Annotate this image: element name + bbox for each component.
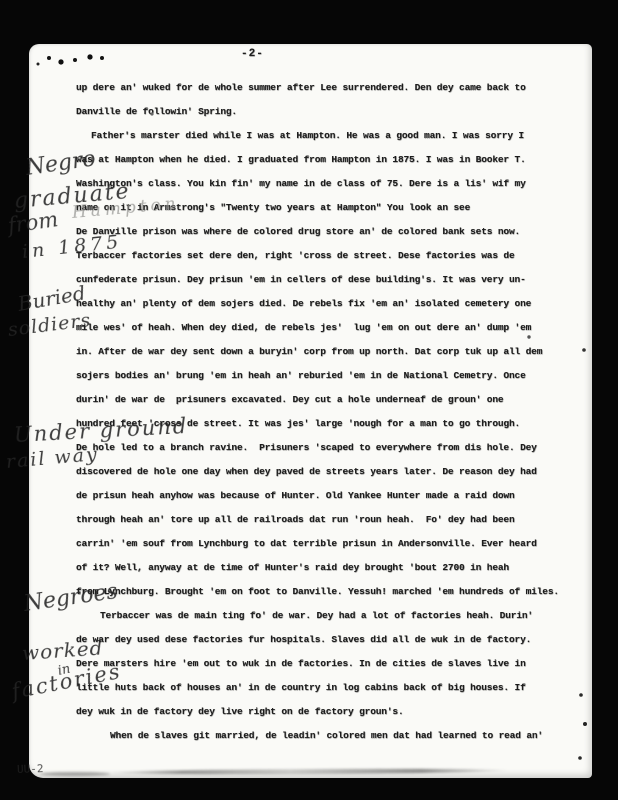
typed-line: carrin' 'em souf from Lynchburg to dat t…	[76, 532, 584, 556]
typed-line: healthy an' plenty of dem sojers died. D…	[76, 292, 584, 316]
ink-specks	[0, 0, 2, 2]
typed-line: discovered de hole one day when dey pave…	[76, 460, 584, 484]
typed-line: Washington's class. You kin fin' my name…	[76, 172, 584, 196]
typed-line: De hole led to a branch ravine. Prisuner…	[76, 436, 584, 460]
typed-line: of it? Well, anyway at de time of Hunter…	[76, 556, 584, 580]
typed-line: little huts back of houses an' in de cou…	[76, 676, 584, 700]
typed-line: sojers bodies an' brung 'em in heah an' …	[76, 364, 584, 388]
typed-line: Terbaccer factories set dere den, right …	[76, 244, 584, 268]
scan-smudge	[40, 772, 110, 776]
typed-line: De Danville prison was where de colored …	[76, 220, 584, 244]
typed-line: Father's marster died while I was at Ham…	[76, 124, 584, 148]
page-number: -2-	[241, 48, 264, 60]
typed-text-body: up dere an' wuked for de whole summer af…	[76, 76, 584, 748]
typed-line: from Lynchburg. Brought 'em on foot to D…	[76, 580, 584, 604]
typed-line: Danville de followin' Spring.	[76, 100, 584, 124]
typed-line: mile wes' of heah. When dey died, de reb…	[76, 316, 584, 340]
typed-line: Terbaccer was de main ting fo' de war. D…	[76, 604, 584, 628]
typed-line: name on it in Armstrong's "Twenty two ye…	[76, 196, 584, 220]
typed-line: up dere an' wuked for de whole summer af…	[76, 76, 584, 100]
typed-line: When de slaves git married, de leadin' c…	[76, 724, 584, 748]
typed-line: in. After de war dey sent down a buryin'…	[76, 340, 584, 364]
typed-line: de prisun heah anyhow was because of Hun…	[76, 484, 584, 508]
typed-line: was at Hampton when he died. I graduated…	[76, 148, 584, 172]
paper-sheet: -2- up dere an' wuked for de whole summe…	[29, 44, 592, 778]
typed-line: cunfederate prisun. Dey prisun 'em in ce…	[76, 268, 584, 292]
scanned-document-page: { "colors":{ "paper":"#fafaf7", "backgro…	[0, 0, 618, 800]
typed-line: through heah an' tore up all de railroad…	[76, 508, 584, 532]
typed-line: de war dey used dese factories fur hospi…	[76, 628, 584, 652]
typed-line: dey wuk in de factory dey live right on …	[76, 700, 584, 724]
typed-line: durin' de war de prisuners excavated. De…	[76, 388, 584, 412]
typed-line: Dere marsters hire 'em out to wuk in de …	[76, 652, 584, 676]
typed-line: hundred feet 'cross de street. It was je…	[76, 412, 584, 436]
